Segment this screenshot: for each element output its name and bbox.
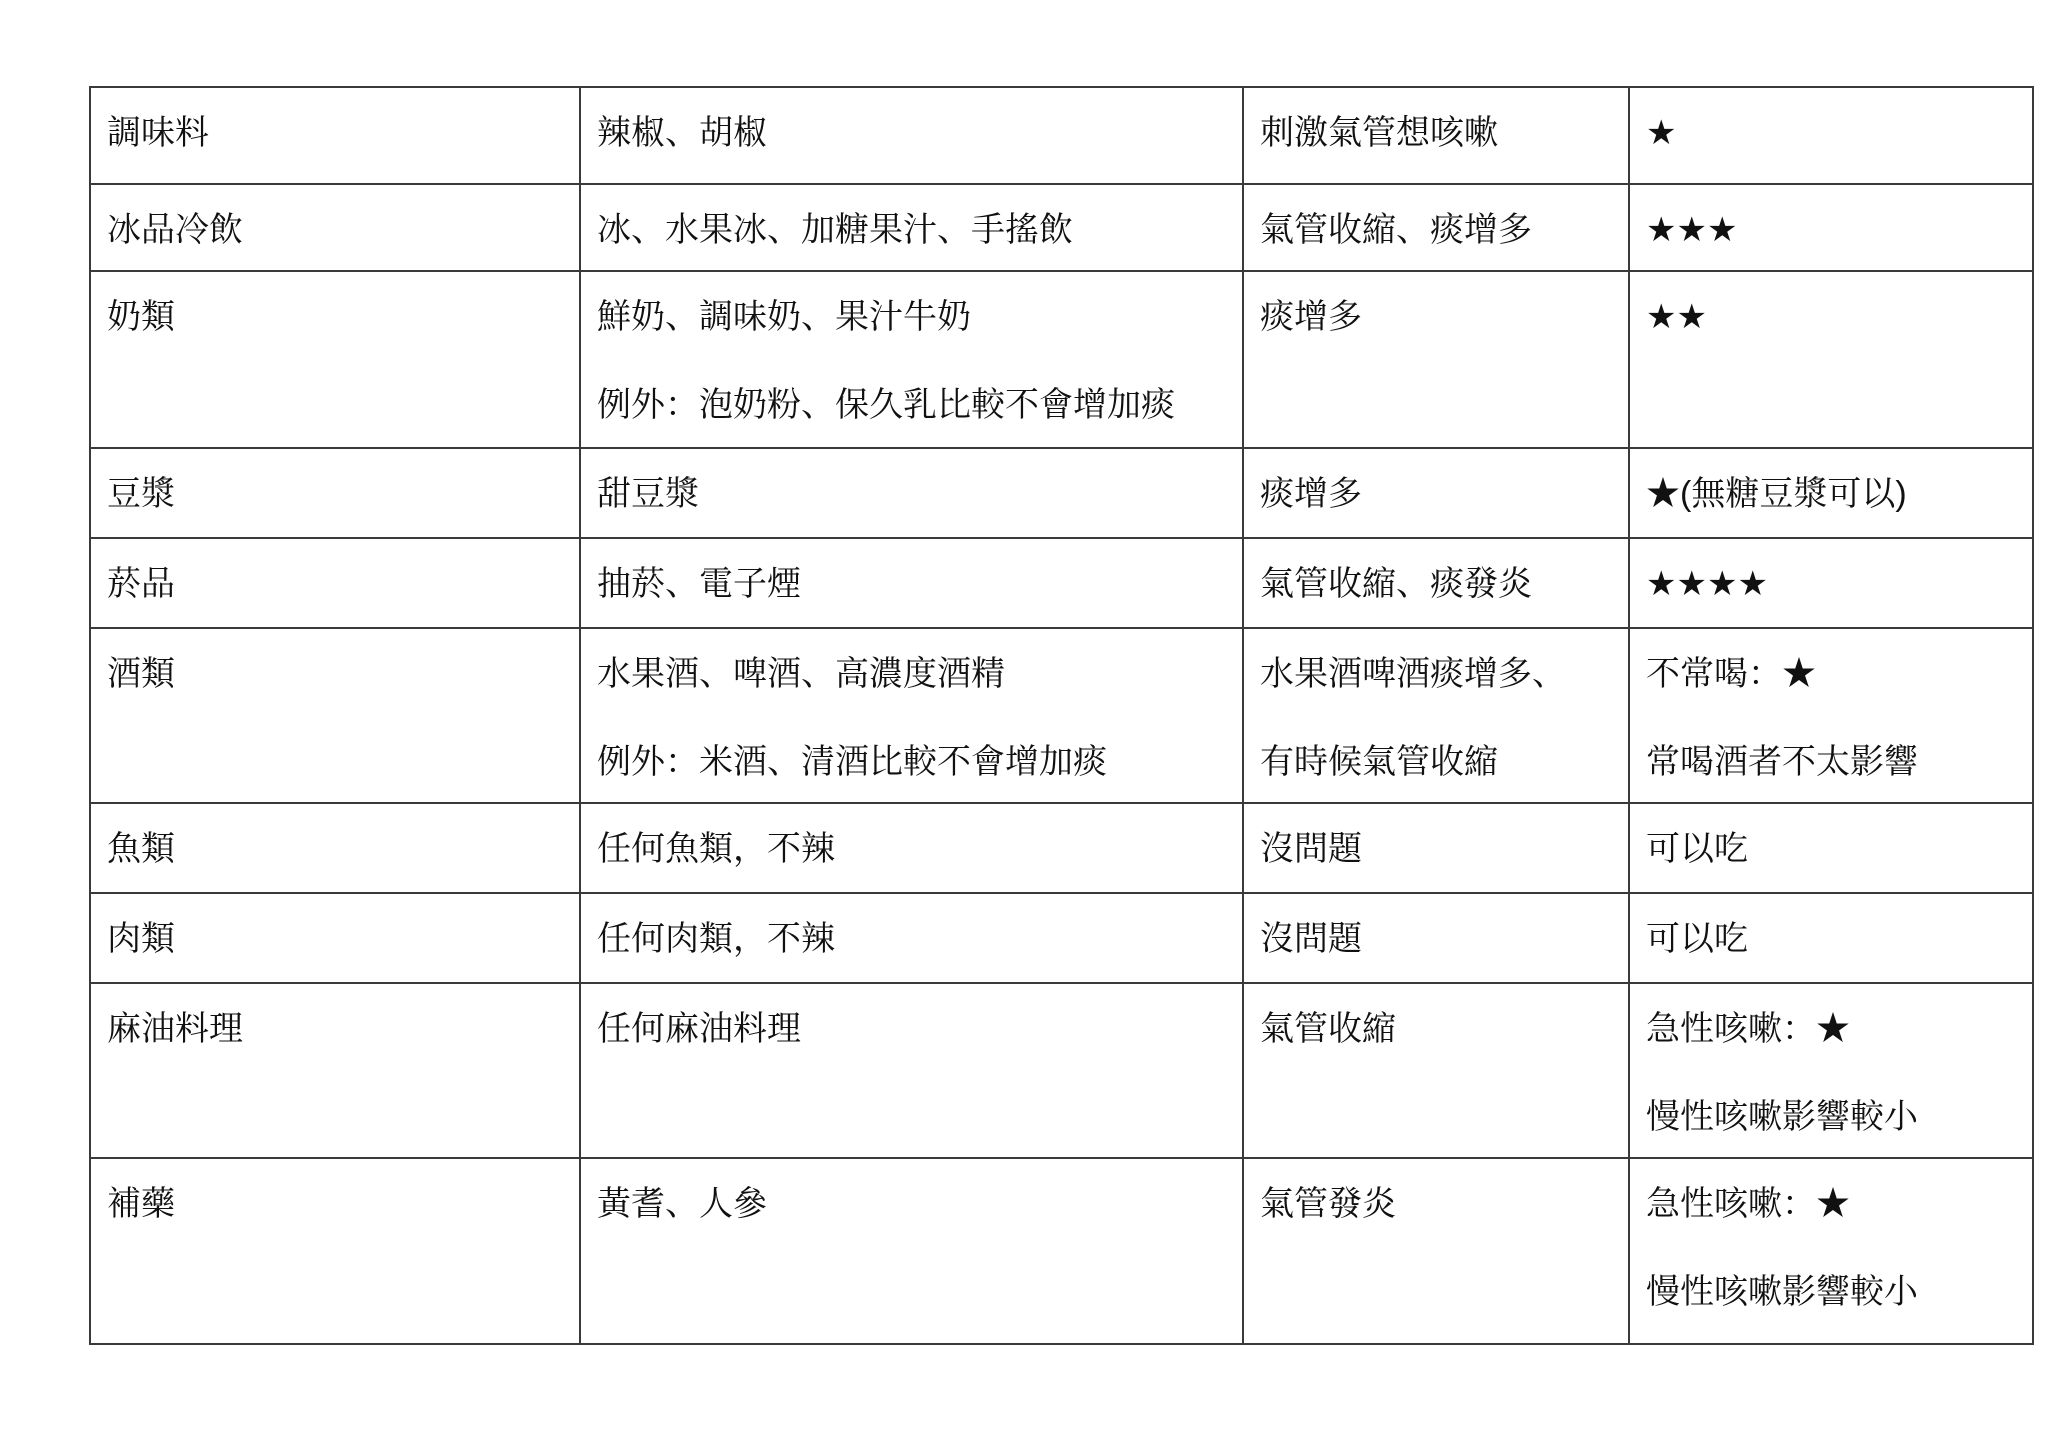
examples-text: 鮮奶、調味奶、果汁牛奶	[597, 294, 1228, 340]
cell-examples: 冰、水果冰、加糖果汁、手搖飲	[580, 184, 1243, 271]
table-row: 調味料 辣椒、胡椒 刺激氣管想咳嗽 ★	[90, 87, 2033, 184]
examples-text: 黃耆、人參	[597, 1181, 1228, 1227]
document-page: 調味料 辣椒、胡椒 刺激氣管想咳嗽 ★ 冰品冷飲 冰、水果冰、加糖果汁、手搖飲 …	[0, 0, 2048, 1448]
table-row: 補藥 黃耆、人參 氣管發炎 急性咳嗽：★ 慢性咳嗽影響較小	[90, 1158, 2033, 1344]
cell-rating: ★(無糖豆漿可以)	[1629, 448, 2033, 538]
rating-text: ★(無糖豆漿可以)	[1646, 471, 2018, 517]
cell-examples: 甜豆漿	[580, 448, 1243, 538]
rating-text: 急性咳嗽：★	[1646, 1181, 2018, 1227]
table-row: 豆漿 甜豆漿 痰增多 ★(無糖豆漿可以)	[90, 448, 2033, 538]
examples-text: 辣椒、胡椒	[597, 110, 1228, 156]
category-text: 肉類	[107, 916, 565, 962]
cell-rating: 急性咳嗽：★ 慢性咳嗽影響較小	[1629, 983, 2033, 1158]
cell-rating: 可以吃	[1629, 893, 2033, 983]
examples-exception-text: 例外：泡奶粉、保久乳比較不會增加痰	[597, 382, 1228, 428]
category-text: 補藥	[107, 1181, 565, 1227]
effects-text: 氣管收縮、痰增多	[1260, 207, 1614, 253]
cell-examples: 鮮奶、調味奶、果汁牛奶 例外：泡奶粉、保久乳比較不會增加痰	[580, 271, 1243, 448]
rating-text: 不常喝：★	[1646, 651, 2018, 697]
category-text: 豆漿	[107, 471, 565, 517]
cell-examples: 黃耆、人參	[580, 1158, 1243, 1344]
cell-rating: ★★★	[1629, 184, 2033, 271]
rating-text: 急性咳嗽：★	[1646, 1006, 2018, 1052]
effects-text: 水果酒啤酒痰增多、	[1260, 651, 1614, 697]
category-text: 魚類	[107, 826, 565, 872]
category-text: 奶類	[107, 294, 565, 340]
examples-text: 冰、水果冰、加糖果汁、手搖飲	[597, 207, 1228, 253]
cell-rating: ★★★★	[1629, 538, 2033, 628]
examples-exception-text: 例外：米酒、清酒比較不會增加痰	[597, 739, 1228, 785]
rating-text: ★★	[1646, 294, 2018, 340]
cell-examples: 任何肉類，不辣	[580, 893, 1243, 983]
category-text: 菸品	[107, 561, 565, 607]
cell-effects: 氣管收縮、痰增多	[1243, 184, 1629, 271]
rating-text: ★	[1646, 110, 2018, 156]
table-row: 冰品冷飲 冰、水果冰、加糖果汁、手搖飲 氣管收縮、痰增多 ★★★	[90, 184, 2033, 271]
effects-text: 痰增多	[1260, 471, 1614, 517]
effects-text: 氣管收縮	[1260, 1006, 1614, 1052]
cell-examples: 水果酒、啤酒、高濃度酒精 例外：米酒、清酒比較不會增加痰	[580, 628, 1243, 803]
table-row: 肉類 任何肉類，不辣 沒問題 可以吃	[90, 893, 2033, 983]
category-text: 麻油料理	[107, 1006, 565, 1052]
rating-text-2: 常喝酒者不太影響	[1646, 739, 2018, 785]
cell-rating: 不常喝：★ 常喝酒者不太影響	[1629, 628, 2033, 803]
rating-text-2: 慢性咳嗽影響較小	[1646, 1269, 2018, 1315]
effects-text: 痰增多	[1260, 294, 1614, 340]
table-row: 麻油料理 任何麻油料理 氣管收縮 急性咳嗽：★ 慢性咳嗽影響較小	[90, 983, 2033, 1158]
cell-effects: 水果酒啤酒痰增多、 有時候氣管收縮	[1243, 628, 1629, 803]
cell-effects: 氣管收縮	[1243, 983, 1629, 1158]
examples-text: 任何麻油料理	[597, 1006, 1228, 1052]
table-row: 酒類 水果酒、啤酒、高濃度酒精 例外：米酒、清酒比較不會增加痰 水果酒啤酒痰增多…	[90, 628, 2033, 803]
table-row: 菸品 抽菸、電子煙 氣管收縮、痰發炎 ★★★★	[90, 538, 2033, 628]
cell-category: 奶類	[90, 271, 580, 448]
cell-category: 肉類	[90, 893, 580, 983]
effects-text: 沒問題	[1260, 916, 1614, 962]
effects-text-2: 有時候氣管收縮	[1260, 739, 1614, 785]
cell-rating: ★★	[1629, 271, 2033, 448]
cell-effects: 沒問題	[1243, 803, 1629, 893]
cell-category: 菸品	[90, 538, 580, 628]
table-row: 奶類 鮮奶、調味奶、果汁牛奶 例外：泡奶粉、保久乳比較不會增加痰 痰增多 ★★	[90, 271, 2033, 448]
cell-rating: 急性咳嗽：★ 慢性咳嗽影響較小	[1629, 1158, 2033, 1344]
category-text: 酒類	[107, 651, 565, 697]
rating-text: 可以吃	[1646, 916, 2018, 962]
cell-effects: 痰增多	[1243, 271, 1629, 448]
cell-examples: 任何麻油料理	[580, 983, 1243, 1158]
cell-category: 酒類	[90, 628, 580, 803]
cell-category: 補藥	[90, 1158, 580, 1344]
cell-category: 魚類	[90, 803, 580, 893]
examples-text: 任何魚類，不辣	[597, 826, 1228, 872]
effects-text: 氣管發炎	[1260, 1181, 1614, 1227]
category-text: 調味料	[107, 110, 565, 156]
examples-text: 甜豆漿	[597, 471, 1228, 517]
rating-text: ★★★	[1646, 207, 2018, 253]
effects-text: 刺激氣管想咳嗽	[1260, 110, 1614, 156]
cell-examples: 抽菸、電子煙	[580, 538, 1243, 628]
effects-text: 沒問題	[1260, 826, 1614, 872]
table-row: 魚類 任何魚類，不辣 沒問題 可以吃	[90, 803, 2033, 893]
cell-rating: ★	[1629, 87, 2033, 184]
cell-category: 調味料	[90, 87, 580, 184]
cell-category: 麻油料理	[90, 983, 580, 1158]
cell-category: 冰品冷飲	[90, 184, 580, 271]
category-text: 冰品冷飲	[107, 207, 565, 253]
examples-text: 水果酒、啤酒、高濃度酒精	[597, 651, 1228, 697]
examples-text: 抽菸、電子煙	[597, 561, 1228, 607]
rating-text: 可以吃	[1646, 826, 2018, 872]
cell-category: 豆漿	[90, 448, 580, 538]
effects-text: 氣管收縮、痰發炎	[1260, 561, 1614, 607]
cell-effects: 氣管收縮、痰發炎	[1243, 538, 1629, 628]
examples-text: 任何肉類，不辣	[597, 916, 1228, 962]
cell-effects: 氣管發炎	[1243, 1158, 1629, 1344]
rating-text: ★★★★	[1646, 561, 2018, 607]
cell-effects: 刺激氣管想咳嗽	[1243, 87, 1629, 184]
cell-examples: 辣椒、胡椒	[580, 87, 1243, 184]
food-cough-table: 調味料 辣椒、胡椒 刺激氣管想咳嗽 ★ 冰品冷飲 冰、水果冰、加糖果汁、手搖飲 …	[89, 86, 2034, 1345]
rating-text-2: 慢性咳嗽影響較小	[1646, 1094, 2018, 1140]
cell-rating: 可以吃	[1629, 803, 2033, 893]
cell-effects: 痰增多	[1243, 448, 1629, 538]
cell-examples: 任何魚類，不辣	[580, 803, 1243, 893]
cell-effects: 沒問題	[1243, 893, 1629, 983]
